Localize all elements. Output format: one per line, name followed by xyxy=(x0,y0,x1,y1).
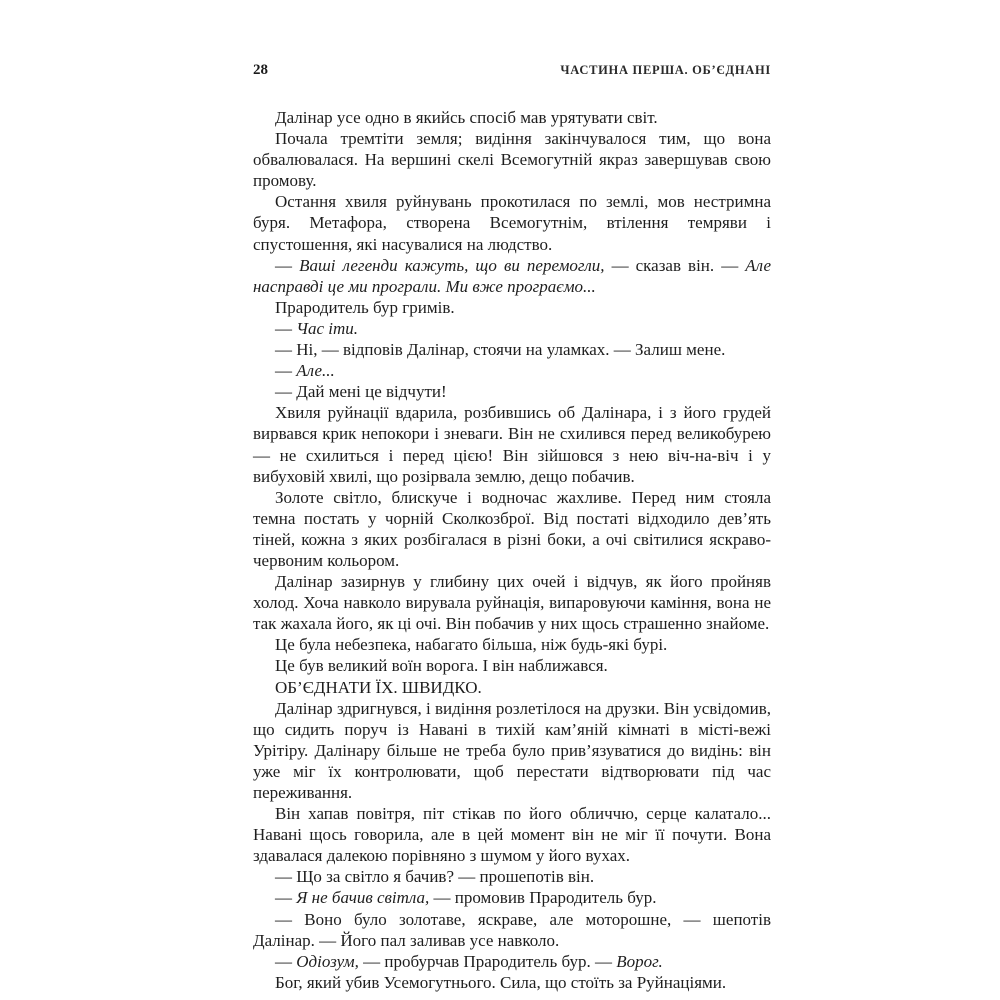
paragraph-segment: — промовив Прародитель бур. xyxy=(429,888,656,907)
paragraph-segment: Він хапав повітря, піт стікав по його об… xyxy=(253,804,771,865)
paragraph-segment: Прародитель бур гримів. xyxy=(275,298,455,317)
paragraph-segment: — Дай мені це відчути! xyxy=(275,382,447,401)
paragraph: — Ні, — відповів Далінар, стоячи на улам… xyxy=(253,339,771,360)
paragraph: — Час іти. xyxy=(253,318,771,339)
paragraph-segment: Це була небезпека, набагато більша, ніж … xyxy=(275,635,667,654)
paragraph-segment: — xyxy=(275,256,299,275)
paragraph-segment: — xyxy=(275,952,296,971)
paragraph: Прародитель бур гримів. xyxy=(253,297,771,318)
paragraph-segment-italic: Я не бачив світла, xyxy=(296,888,429,907)
paragraph: Золоте світло, блискуче і водночас жахли… xyxy=(253,487,771,571)
page-header: 28 ЧАСТИНА ПЕРША. ОБ’ЄДНАНІ xyxy=(253,62,771,79)
paragraph: — Я не бачив світла, — промовив Прародит… xyxy=(253,887,771,908)
paragraph: Це була небезпека, набагато більша, ніж … xyxy=(253,634,771,655)
book-page: 28 ЧАСТИНА ПЕРША. ОБ’ЄДНАНІ Далінар усе … xyxy=(0,0,1000,1000)
paragraph-segment: — Воно було золотаве, яскраве, але мотор… xyxy=(253,910,771,950)
paragraph: — Ваші легенди кажуть, що ви перемогли, … xyxy=(253,255,771,297)
paragraph-segment: Далінар усе одно в якийсь спосіб мав уря… xyxy=(275,108,658,127)
paragraph-segment: — Ні, — відповів Далінар, стоячи на улам… xyxy=(275,340,725,359)
paragraph-segment-italic: Але... xyxy=(296,361,335,380)
paragraph-segment: Хвиля руйнації вдарила, розбившись об Да… xyxy=(253,403,771,485)
paragraph: Далінар усе одно в якийсь спосіб мав уря… xyxy=(253,107,771,128)
page-number: 28 xyxy=(253,62,268,79)
paragraph-segment: Золоте світло, блискуче і водночас жахли… xyxy=(253,488,771,570)
paragraph: Це був великий воїн ворога. І він наближ… xyxy=(253,655,771,676)
paragraph-segment: Це був великий воїн ворога. І він наближ… xyxy=(275,656,608,675)
text-block: Далінар усе одно в якийсь спосіб мав уря… xyxy=(253,107,771,993)
paragraph: Далінар здригнувся, і видіння розлетілос… xyxy=(253,698,771,803)
paragraph: Бог, який убив Усемогутнього. Сила, що с… xyxy=(253,972,771,993)
paragraph: Почала тремтіти земля; видіння закінчува… xyxy=(253,128,771,191)
paragraph-segment: — сказав він. — xyxy=(605,256,746,275)
paragraph-segment: Далінар здригнувся, і видіння розлетілос… xyxy=(253,699,771,802)
paragraph-segment: Остання хвиля руйнувань прокотилася по з… xyxy=(253,192,771,253)
paragraph: — Що за світло я бачив? — прошепотів він… xyxy=(253,866,771,887)
paragraph: — Але... xyxy=(253,360,771,381)
paragraph-segment: — пробурчав Прародитель бур. — xyxy=(359,952,616,971)
paragraph: Остання хвиля руйнувань прокотилася по з… xyxy=(253,191,771,254)
paragraph: Він хапав повітря, піт стікав по його об… xyxy=(253,803,771,866)
paragraph: Далінар зазирнув у глибину цих очей і ві… xyxy=(253,571,771,634)
paragraph-segment: — xyxy=(275,319,296,338)
paragraph-segment-italic: Ворог. xyxy=(616,952,663,971)
paragraph-segment: — Що за світло я бачив? — прошепотів він… xyxy=(275,867,594,886)
paragraph-segment: ОБ’ЄДНАТИ ЇХ. ШВИДКО. xyxy=(275,678,482,697)
paragraph: ОБ’ЄДНАТИ ЇХ. ШВИДКО. xyxy=(253,677,771,698)
paragraph-segment: Почала тремтіти земля; видіння закінчува… xyxy=(253,129,771,190)
paragraph: — Дай мені це відчути! xyxy=(253,381,771,402)
paragraph-segment-italic: Час іти. xyxy=(296,319,358,338)
paragraph-segment: — xyxy=(275,888,296,907)
paragraph: — Одіозум, — пробурчав Прародитель бур. … xyxy=(253,951,771,972)
paragraph-segment-italic: Одіозум, xyxy=(296,952,359,971)
paragraph-segment: — xyxy=(275,361,296,380)
paragraph-segment-italic: Ваші легенди кажуть, що ви перемогли, xyxy=(299,256,604,275)
paragraph: Хвиля руйнації вдарила, розбившись об Да… xyxy=(253,402,771,486)
running-header-title: ЧАСТИНА ПЕРША. ОБ’ЄДНАНІ xyxy=(560,63,771,78)
paragraph: — Воно було золотаве, яскраве, але мотор… xyxy=(253,909,771,951)
paragraph-segment: Бог, який убив Усемогутнього. Сила, що с… xyxy=(275,973,726,992)
paragraph-segment: Далінар зазирнув у глибину цих очей і ві… xyxy=(253,572,771,633)
